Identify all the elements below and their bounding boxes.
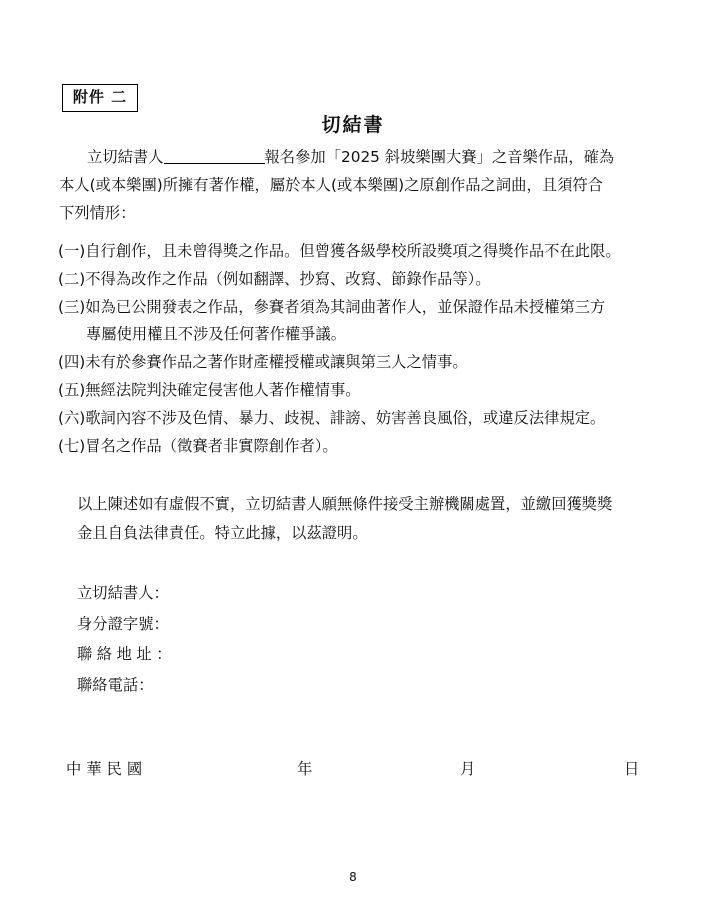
signer-field[interactable]: 立切結書人： bbox=[77, 578, 176, 609]
condition-text: 如為已公開發表之作品，參賽者須為其詞曲著作人，並保證作品未授權第三方 bbox=[85, 298, 605, 316]
intro-line-3: 下列情形： bbox=[59, 199, 659, 227]
condition-label: (三) bbox=[58, 298, 85, 316]
condition-item-1: (一)自行創作，且未曾得獎之作品。但曾獲各級學校所設獎項之得獎作品不在此限。 bbox=[58, 238, 678, 266]
condition-text: 歌詞內容不涉及色情、暴力、歧視、誹謗、妨害善良風俗，或違反法律規定。 bbox=[85, 409, 605, 427]
condition-text: 自行創作，且未曾得獎之作品。但曾獲各級學校所設獎項之得獎作品不在此限。 bbox=[85, 242, 620, 260]
conditions-list: (一)自行創作，且未曾得獎之作品。但曾獲各級學校所設獎項之得獎作品不在此限。 (… bbox=[58, 238, 678, 460]
intro-paragraph: 立切結書人報名參加「2025 斜坡樂團大賽」之音樂作品，確為 本人(或本樂團)所… bbox=[59, 143, 659, 227]
condition-item-6: (六)歌詞內容不涉及色情、暴力、歧視、誹謗、妨害善良風俗，或違反法律規定。 bbox=[58, 405, 678, 433]
signer-name-blank[interactable] bbox=[164, 145, 265, 164]
condition-label: (六) bbox=[58, 409, 85, 427]
condition-item-4: (四)未有於參賽作品之著作財產權授權或讓與第三人之情事。 bbox=[58, 349, 678, 377]
document-title: 切結書 bbox=[0, 112, 706, 138]
id-number-field[interactable]: 身分證字號： bbox=[77, 609, 176, 640]
signer-fields: 立切結書人： 身分證字號： 聯絡地址： 聯絡電話： bbox=[77, 578, 176, 700]
intro-line-2: 本人(或本樂團)所擁有著作權，屬於本人(或本樂團)之原創作品之詞曲，且須符合 bbox=[59, 171, 659, 199]
condition-label: (一) bbox=[58, 242, 85, 260]
intro-signer-prefix: 立切結書人 bbox=[87, 148, 164, 166]
condition-item-2: (二)不得為改作之作品（例如翻譯、抄寫、改寫、節錄作品等）。 bbox=[58, 266, 678, 294]
declaration-line-2: 金且自負法律責任。特立此據，以茲證明。 bbox=[77, 519, 667, 548]
condition-text: 未有於參賽作品之著作財產權授權或讓與第三人之情事。 bbox=[85, 353, 467, 371]
condition-text: 冒名之作品（徵賽者非實際創作者）。 bbox=[85, 437, 337, 455]
date-row: 中華民國 年 月 日 bbox=[0, 757, 708, 781]
condition-continuation: 專屬使用權且不涉及任何著作權爭議。 bbox=[58, 321, 678, 349]
intro-line-1: 立切結書人報名參加「2025 斜坡樂團大賽」之音樂作品，確為 bbox=[59, 143, 659, 171]
condition-text: 無經法院判決確定侵害他人著作權情事。 bbox=[85, 381, 360, 399]
intro-line-1-text: 報名參加「2025 斜坡樂團大賽」之音樂作品，確為 bbox=[265, 148, 615, 166]
declaration-line-1: 以上陳述如有虛假不實，立切結書人願無條件接受主辦機關處置，並繳回獲獎獎 bbox=[77, 490, 667, 519]
condition-label: (二) bbox=[58, 270, 85, 288]
condition-label: (七) bbox=[58, 437, 85, 455]
phone-field[interactable]: 聯絡電話： bbox=[77, 670, 176, 701]
condition-item-5: (五)無經法院判決確定侵害他人著作權情事。 bbox=[58, 377, 678, 405]
date-month-label: 月 bbox=[460, 757, 475, 781]
condition-label: (四) bbox=[58, 353, 85, 371]
condition-label: (五) bbox=[58, 381, 85, 399]
date-year-label: 年 bbox=[297, 757, 312, 781]
document-page: 附件 二 切結書 立切結書人報名參加「2025 斜坡樂團大賽」之音樂作品，確為 … bbox=[0, 0, 708, 923]
date-day-label: 日 bbox=[624, 757, 639, 781]
address-field[interactable]: 聯絡地址： bbox=[77, 639, 176, 670]
condition-item-7: (七)冒名之作品（徵賽者非實際創作者）。 bbox=[58, 433, 678, 461]
page-number: 8 bbox=[0, 869, 706, 885]
declaration-paragraph: 以上陳述如有虛假不實，立切結書人願無條件接受主辦機關處置，並繳回獲獎獎 金且自負… bbox=[77, 490, 667, 548]
appendix-label: 附件 二 bbox=[62, 84, 138, 112]
date-era-label: 中華民國 bbox=[66, 757, 147, 781]
condition-item-3: (三)如為已公開發表之作品，參賽者須為其詞曲著作人，並保證作品未授權第三方 專屬… bbox=[58, 294, 678, 350]
condition-text: 不得為改作之作品（例如翻譯、抄寫、改寫、節錄作品等）。 bbox=[85, 270, 490, 288]
